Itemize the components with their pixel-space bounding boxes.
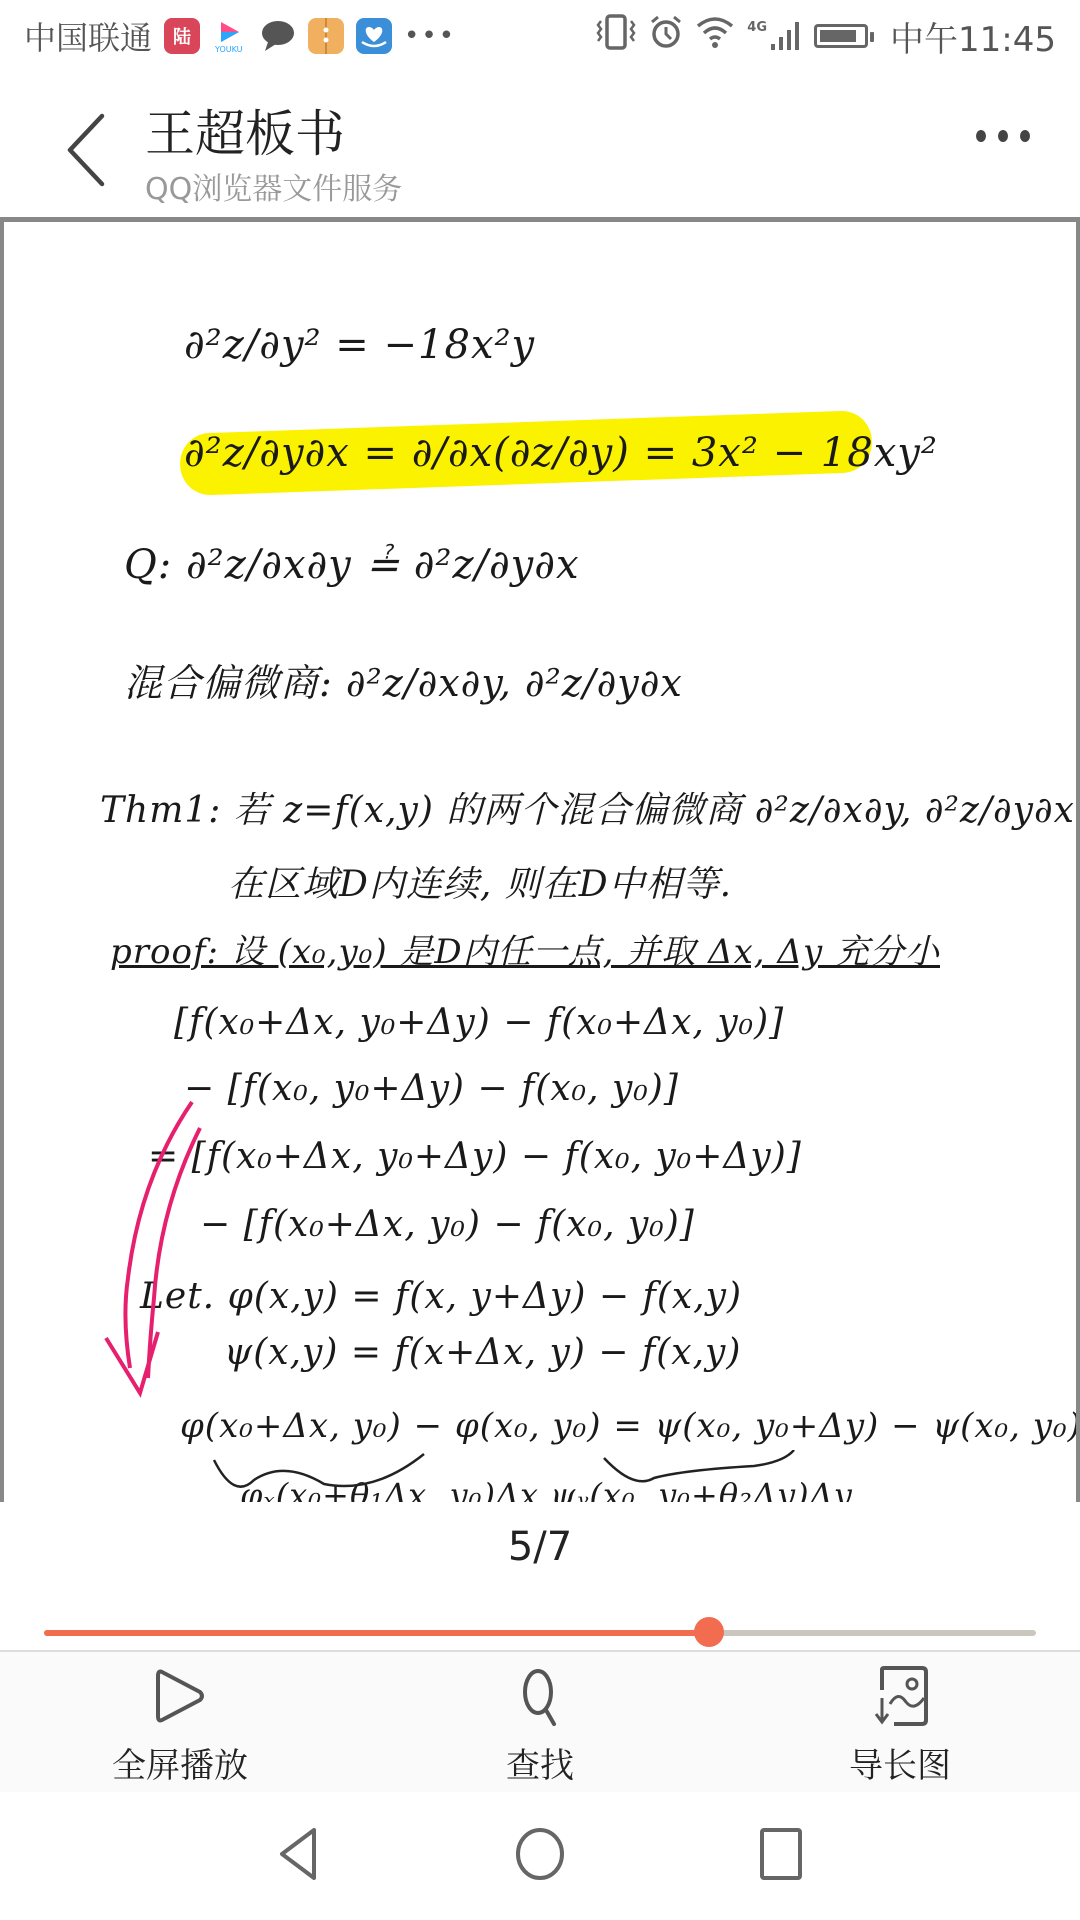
- page-slider[interactable]: [44, 1630, 1036, 1636]
- page-number: 5/7: [0, 1524, 1080, 1570]
- status-left: 中国联通 陆 YOUKU •••: [24, 13, 456, 59]
- back-button[interactable]: [62, 110, 112, 190]
- dot-icon: [1020, 130, 1030, 142]
- handwriting-line: [f(x₀+Δx, y₀+Δy) − f(x₀+Δx, y₀)]: [174, 1002, 784, 1043]
- handwriting-line: Thm1: 若 z=f(x,y) 的两个混合偏微商 ∂²z/∂x∂y, ∂²z/…: [100, 782, 1075, 833]
- page-title: 王超板书: [145, 94, 345, 166]
- wifi-icon: [695, 14, 735, 58]
- vibrate-icon: [595, 13, 637, 59]
- fullscreen-play-button[interactable]: 全屏播放: [60, 1664, 300, 1787]
- dot-icon: [976, 130, 986, 142]
- nav-recents-button[interactable]: [756, 1826, 806, 1886]
- document-viewport[interactable]: ∂²z/∂y² = −18x²y ∂²z/∂y∂x = ∂/∂x(∂z/∂y) …: [0, 217, 1080, 1502]
- network-type-label: 4G: [747, 20, 767, 35]
- handwriting-line: = [f(x₀+Δx, y₀+Δy) − f(x₀, y₀+Δy)]: [148, 1136, 802, 1177]
- blue-heart-app-icon: [356, 18, 392, 54]
- page-subtitle: QQ浏览器文件服务: [145, 164, 402, 208]
- export-long-image-button[interactable]: 导长图: [780, 1664, 1020, 1787]
- carrier-name: 中国联通: [24, 13, 152, 59]
- chevron-left-icon: [62, 110, 112, 190]
- slider-thumb[interactable]: [694, 1617, 724, 1647]
- nav-back-button[interactable]: [274, 1826, 324, 1886]
- handwriting-line: Let. φ(x,y) = f(x, y+Δy) − f(x,y): [140, 1276, 742, 1317]
- export-long-image-label: 导长图: [780, 1738, 1020, 1787]
- status-bar: 中国联通 陆 YOUKU ••• 4G 中午11:45: [0, 0, 1080, 72]
- export-long-image-icon: [868, 1664, 932, 1728]
- bottom-toolbar: 全屏播放 查找 导长图: [0, 1650, 1080, 1794]
- handwriting-line: Q: ∂²z/∂x∂y ≟ ∂²z/∂y∂x: [124, 542, 580, 588]
- handwriting-line: ∂²z/∂y∂x = ∂/∂x(∂z/∂y) = 3x² − 18xy²: [184, 430, 938, 476]
- status-right: 4G 中午11:45: [595, 12, 1056, 61]
- battery-icon: [814, 24, 868, 48]
- more-notifications-icon: •••: [404, 21, 456, 51]
- handwriting-line: 混合偏微商: ∂²z/∂x∂y, ∂²z/∂y∂x: [124, 652, 683, 707]
- search-label: 查找: [420, 1738, 660, 1787]
- play-icon: [148, 1664, 212, 1728]
- fullscreen-play-label: 全屏播放: [60, 1738, 300, 1787]
- youku-icon: YOUKU: [212, 18, 248, 54]
- circle-home-icon: [514, 1826, 566, 1882]
- clock: 中午11:45: [890, 12, 1056, 61]
- pink-arrow-annotation: [100, 1098, 220, 1398]
- svg-text:YOUKU: YOUKU: [215, 45, 243, 54]
- search-button[interactable]: 查找: [420, 1664, 660, 1787]
- handwriting-line: ∂²z/∂y² = −18x²y: [184, 322, 535, 368]
- handwriting-line: 在区域D内连续, 则在D中相等.: [228, 856, 732, 907]
- signal-4g-icon: 4G: [747, 20, 802, 52]
- nav-home-button[interactable]: [514, 1826, 566, 1886]
- handwriting-line: ψ(x,y) = f(x+Δx, y) − f(x,y): [224, 1332, 741, 1373]
- message-bubble-icon: [260, 18, 296, 54]
- title-bar: 王超板书 QQ浏览器文件服务: [0, 72, 1080, 217]
- more-options-button[interactable]: [976, 130, 1030, 142]
- archive-box-icon: [308, 18, 344, 54]
- handwriting-line: proof: 设 (x₀,y₀) 是D内任一点, 并取 Δx, Δy 充分小: [110, 924, 940, 973]
- system-nav-bar: [0, 1792, 1080, 1920]
- alarm-icon: [649, 14, 683, 58]
- page-indicator-panel: 5/7: [0, 1502, 1080, 1650]
- slider-progress: [44, 1630, 709, 1636]
- document-page[interactable]: ∂²z/∂y² = −18x²y ∂²z/∂y∂x = ∂/∂x(∂z/∂y) …: [4, 222, 1076, 1502]
- handwriting-line: φ(x₀+Δx, y₀) − φ(x₀, y₀) = ψ(x₀, y₀+Δy) …: [180, 1406, 1076, 1446]
- lu-app-icon: 陆: [164, 18, 200, 54]
- dot-icon: [998, 130, 1008, 142]
- underbrace-annotation: [124, 1450, 1024, 1502]
- triangle-back-icon: [274, 1826, 324, 1882]
- square-recents-icon: [756, 1826, 806, 1882]
- handwriting-line: − [f(x₀, y₀+Δy) − f(x₀, y₀)]: [184, 1068, 679, 1109]
- handwriting-line: − [f(x₀+Δx, y₀) − f(x₀, y₀)]: [200, 1204, 695, 1245]
- search-icon: [508, 1664, 572, 1728]
